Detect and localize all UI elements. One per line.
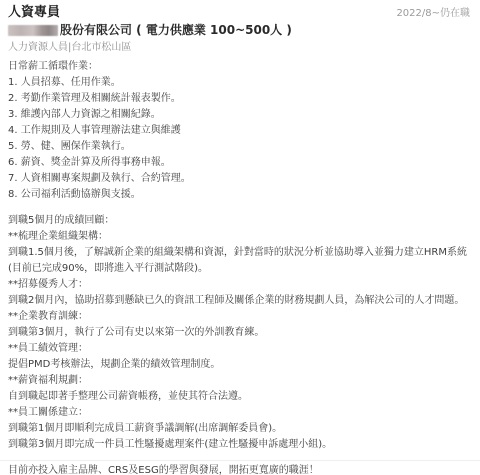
job-category-location: 人力資源人員|台北市松山區 (8, 41, 470, 54)
duty-item: 6. 薪資、獎金計算及所得事務申報。 (8, 155, 470, 171)
duty-item: 3. 維護內部人力資源之相關紀錄。 (8, 107, 470, 123)
job-description: 日常薪工循環作業： 1. 人員招募、任用作業。 2. 考勤作業管理及相關統計報表… (8, 59, 470, 475)
achievement-line: 提倡PMD考核辦法，規劃企業的績效管理制度。 (8, 357, 470, 373)
achievement-line: 到職第3個月即完成一件員工性騷擾處理案件(建立性騷擾申訴處理小組)。 (8, 437, 470, 453)
experience-header: 人資專員 2022/8~仍在職 (8, 4, 470, 21)
achievement-heading: **員工績效管理： (8, 341, 470, 357)
duty-item: 5. 勞、健、團保作業執行。 (8, 139, 470, 155)
company-line: 股份有限公司 ( 電力供應業 100~500人 ) (8, 22, 470, 38)
paragraph-gap (8, 453, 470, 463)
achievement-heading: **員工關係建立： (8, 405, 470, 421)
duty-item: 2. 考勤作業管理及相關統計報表製作。 (8, 91, 470, 107)
closing-line: 目前亦投入雇主品牌、CRS及ESG的學習與發展，開拓更寬廣的職涯！ (8, 463, 470, 475)
duty-item: 7. 人資相關專案規劃及執行、合約管理。 (8, 171, 470, 187)
duty-item: 4. 工作規則及人事管理辦法建立與維護 (8, 123, 470, 139)
achievement-heading: **薪資福利規劃： (8, 373, 470, 389)
resume-experience-entry: 人資專員 2022/8~仍在職 股份有限公司 ( 電力供應業 100~500人 … (0, 0, 480, 471)
paragraph-gap (8, 203, 470, 213)
achievement-heading: **招募優秀人才： (8, 277, 470, 293)
duty-item: 8. 公司福利活動協辦與支援。 (8, 187, 470, 203)
achievement-line: 到職第3個月，執行了公司有史以來第一次的外訓教育練。 (8, 325, 470, 341)
achievement-line: 到職2個月內，協助招募到懸缺已久的資訊工程師及關係企業的財務規劃人員，為解決公司… (8, 293, 470, 309)
achievement-line: 到職第1個月即順利完成員工薪資爭議調解(出席調解委員會)。 (8, 421, 470, 437)
bottom-divider (0, 460, 480, 461)
redacted-company-name (8, 25, 58, 36)
review-section-title: 到職5個月的成績回顧： (8, 213, 470, 229)
achievement-heading: **梳理企業組織架構： (8, 229, 470, 245)
daily-section-title: 日常薪工循環作業： (8, 59, 470, 75)
achievement-line: 自到職起即著手整理公司薪資帳務，並使其符合法遵。 (8, 389, 470, 405)
company-suffix: 股份有限公司 ( 電力供應業 100~500人 ) (60, 22, 292, 38)
achievement-line: 到職1.5個月後，了解誠新企業的組織架構和資源，針對當時的狀況分析並協助導入並獨… (8, 245, 470, 277)
duty-item: 1. 人員招募、任用作業。 (8, 75, 470, 91)
achievement-heading: **企業教育訓練： (8, 309, 470, 325)
employment-period: 2022/8~仍在職 (396, 4, 470, 21)
job-title: 人資專員 (8, 4, 60, 21)
